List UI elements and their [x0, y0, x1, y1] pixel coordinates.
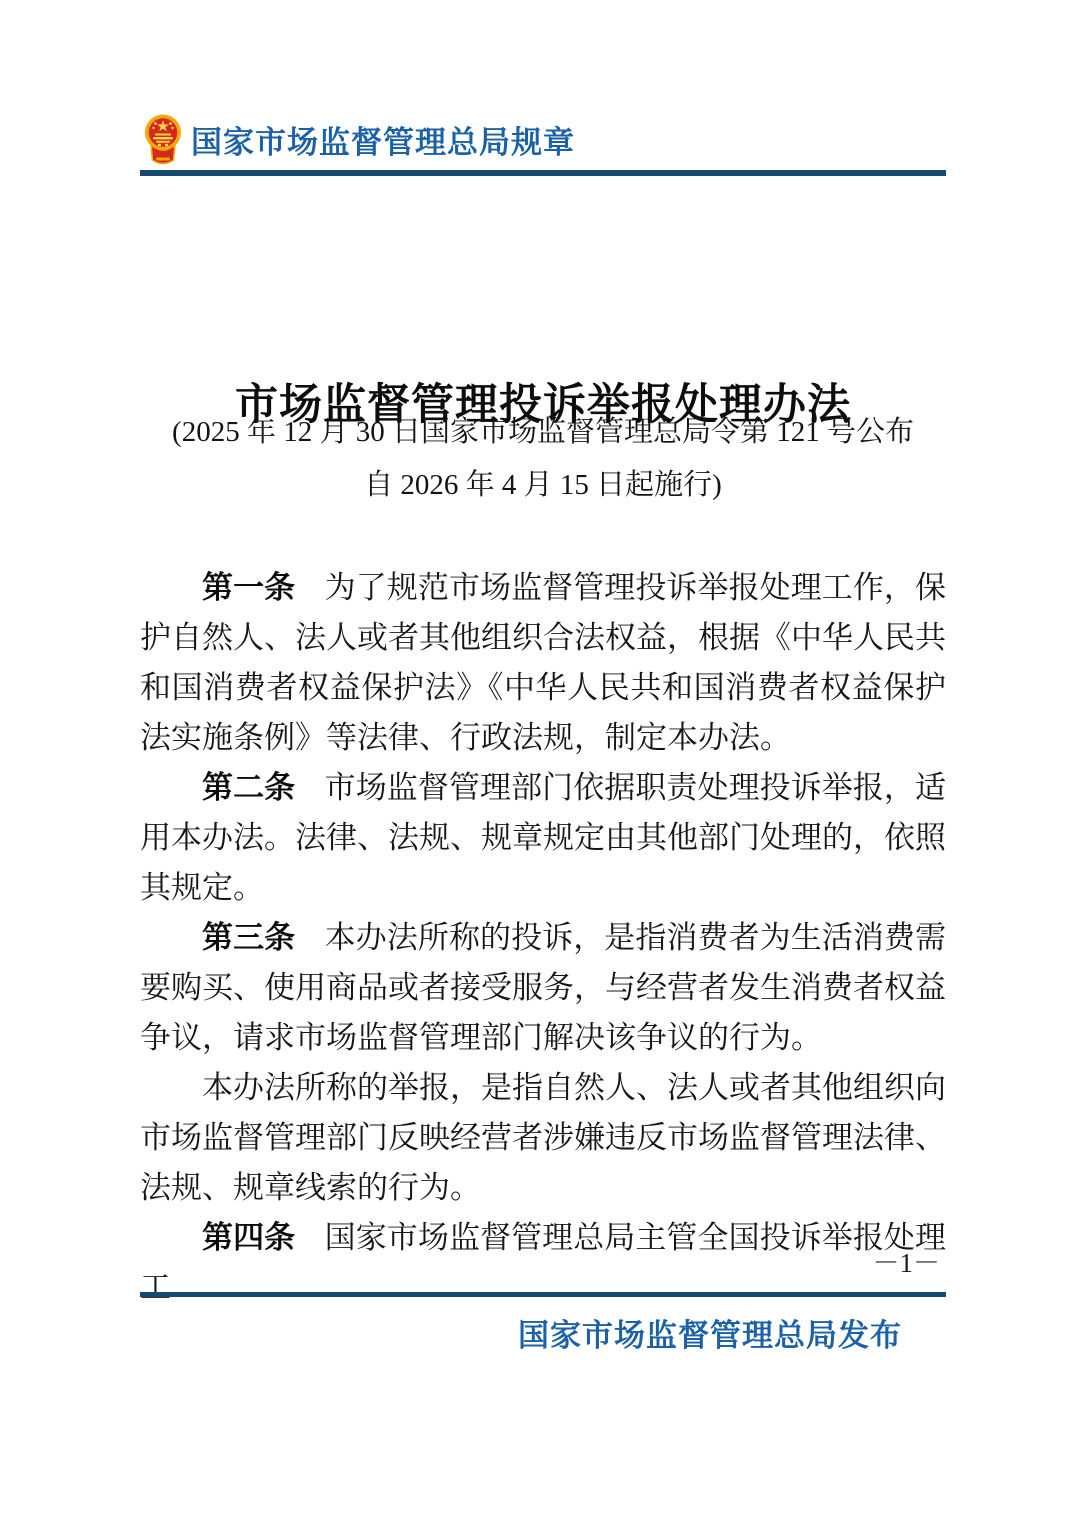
publisher-label: 国家市场监督管理总局发布 — [140, 1310, 946, 1355]
document-subtitle-line2: 自 2026 年 4 月 15 日起施行) — [140, 462, 946, 503]
footer-divider-line — [140, 1292, 946, 1297]
document-body: 第一条为了规范市场监督管理投诉举报处理工作，保护自然人、法人或者其他组织合法权益… — [140, 563, 946, 1313]
article-paragraph-3: 第三条本办法所称的投诉，是指消费者为生活消费需要购买、使用商品或者接受服务，与经… — [140, 913, 946, 1063]
document-subtitle-line1: (2025 年 12 月 30 日国家市场监督管理总局令第 121 号公布 — [140, 409, 946, 450]
header-category-label: 国家市场监督管理总局规章 — [191, 117, 575, 162]
article-paragraph-2: 第二条市场监督管理部门依据职责处理投诉举报，适用本办法。法律、法规、规章规定由其… — [140, 763, 946, 913]
page-header: 国家市场监督管理总局规章 — [144, 113, 575, 166]
page-number: －1－ — [140, 1241, 946, 1280]
article-paragraph-1: 第一条为了规范市场监督管理投诉举报处理工作，保护自然人、法人或者其他组织合法权益… — [140, 563, 946, 763]
article-number: 第二条 — [202, 770, 295, 805]
national-emblem-icon — [144, 113, 182, 166]
article-paragraph-4: 本办法所称的举报，是指自然人、法人或者其他组织向市场监督管理部门反映经营者涉嫌违… — [140, 1063, 946, 1213]
article-text: 本办法所称的举报，是指自然人、法人或者其他组织向市场监督管理部门反映经营者涉嫌违… — [140, 1070, 946, 1205]
article-number: 第一条 — [202, 570, 295, 605]
document-page: 国家市场监督管理总局规章 市场监督管理投诉举报处理办法 (2025 年 12 月… — [0, 0, 1074, 1520]
header-divider-line — [140, 170, 946, 176]
article-number: 第三条 — [202, 920, 295, 955]
